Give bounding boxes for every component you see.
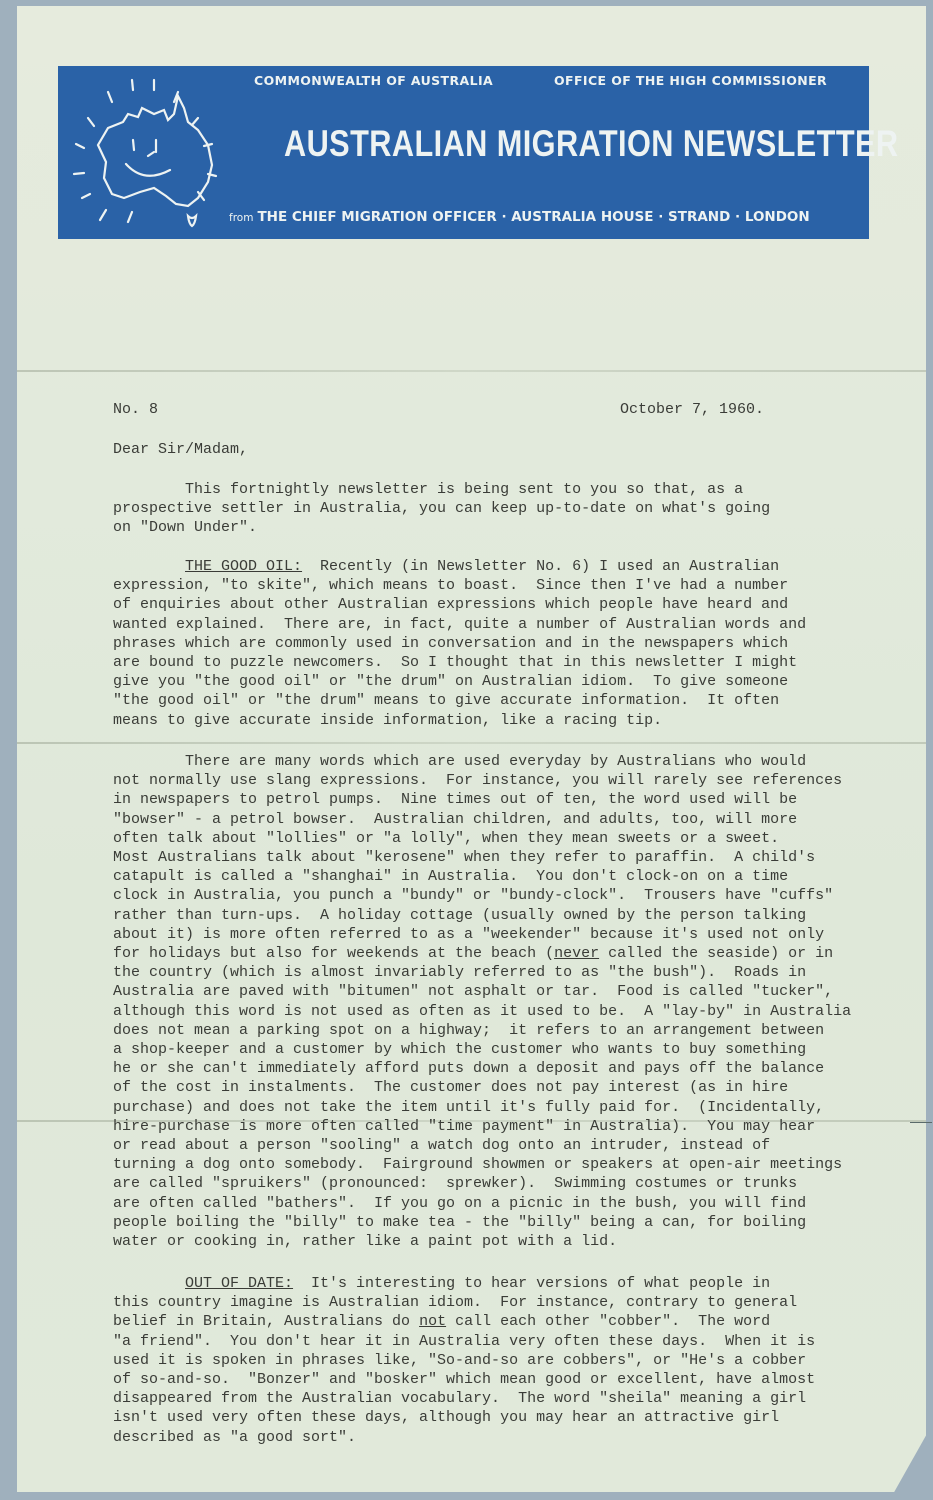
masthead-from-line: fromTHE CHIEF MIGRATION OFFICER · AUSTRA…: [229, 209, 810, 225]
paper-tear-mark: [910, 1122, 932, 1123]
sender-address: THE CHIEF MIGRATION OFFICER · AUSTRALIA …: [257, 209, 809, 225]
paper-fold-line: [17, 742, 926, 744]
letter-date: October 7, 1960.: [620, 400, 764, 419]
good-oil-text: Recently (in Newsletter No. 6) I used an…: [113, 558, 806, 729]
out-of-date-text-b: call each other "cobber". The word "a fr…: [113, 1313, 815, 1445]
newsletter-number: No. 8: [113, 400, 158, 419]
newsletter-title: AUSTRALIAN MIGRATION NEWSLETTER: [284, 123, 759, 165]
common-words-paragraph: There are many words which are used ever…: [113, 752, 851, 1251]
masthead-office-label: OFFICE OF THE HIGH COMMISSIONER: [554, 73, 827, 88]
intro-paragraph: This fortnightly newsletter is being sen…: [113, 480, 770, 538]
masthead-commonwealth-label: COMMONWEALTH OF AUSTRALIA: [254, 73, 493, 88]
from-label: from: [229, 212, 253, 224]
common-words-text-a: There are many words which are used ever…: [113, 753, 842, 962]
section-heading-out-of-date: OUT OF DATE:: [185, 1275, 293, 1292]
emphasis-never: never: [554, 945, 599, 962]
salutation: Dear Sir/Madam,: [113, 440, 248, 459]
newsletter-masthead: COMMONWEALTH OF AUSTRALIA OFFICE OF THE …: [58, 66, 869, 239]
paper-fold-line: [17, 370, 926, 372]
good-oil-paragraph: THE GOOD OIL: Recently (in Newsletter No…: [113, 557, 806, 730]
section-heading-good-oil: THE GOOD OIL:: [185, 558, 302, 575]
out-of-date-paragraph: OUT OF DATE: It's interesting to hear ve…: [113, 1274, 815, 1447]
emphasis-not: not: [419, 1313, 446, 1330]
common-words-text-b: called the seaside) or in the country (w…: [113, 945, 851, 1250]
